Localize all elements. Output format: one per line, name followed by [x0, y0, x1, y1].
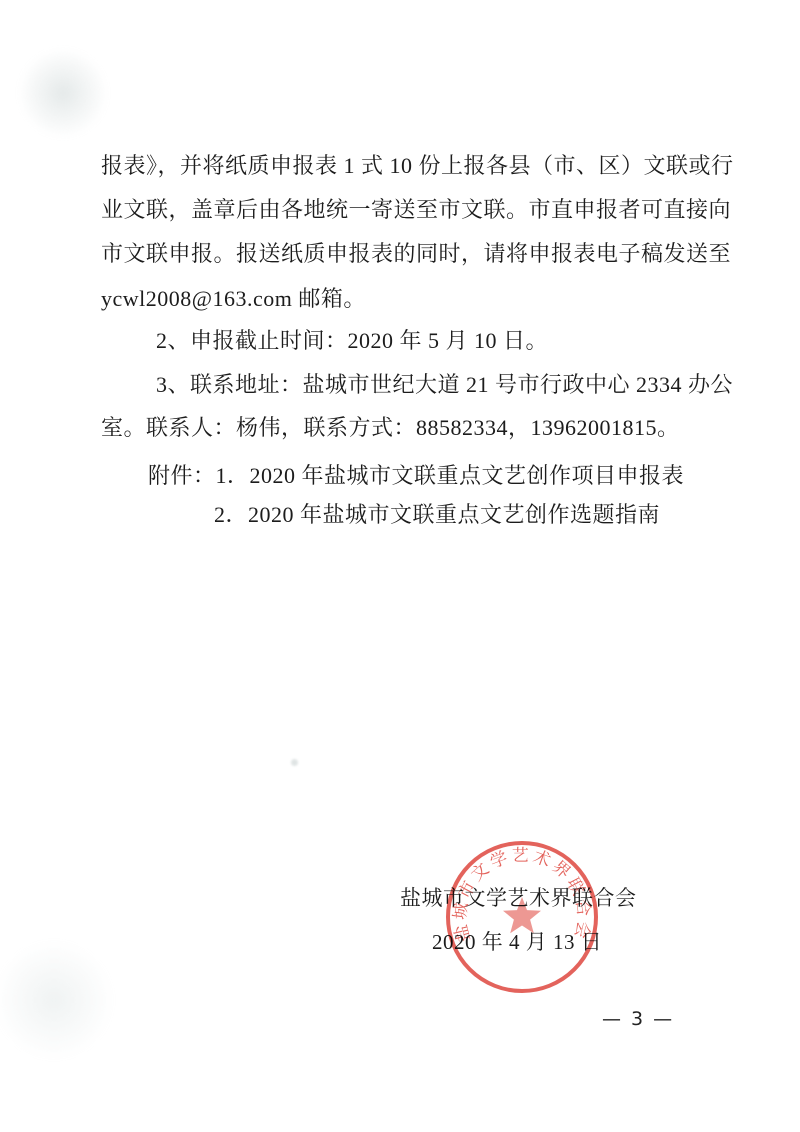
scan-smudge-top-left [5, 35, 120, 150]
body-line-3: 市文联申报。报送纸质申报表的同时，请将申报表电子稿发送至 [101, 240, 731, 268]
body-line-1: 报表》，并将纸质申报表 1 式 10 份上报各县（市、区）文联或行 [101, 152, 734, 180]
body-line-deadline: 2、申报截止时间：2020 年 5 月 10 日。 [156, 327, 548, 355]
body-line-email: ycwl2008@163.com 邮箱。 [101, 285, 366, 313]
scan-smudge-bottom-left [0, 940, 114, 1060]
page-number: — 3 — [602, 1008, 674, 1030]
seal-star-icon [503, 897, 541, 933]
body-line-2: 业文联，盖章后由各地统一寄送至市文联。市直申报者可直接向 [101, 196, 731, 224]
attachment-line-1: 附件：1．2020 年盐城市文联重点文艺创作项目申报表 [148, 462, 684, 490]
document-page: 报表》，并将纸质申报表 1 式 10 份上报各县（市、区）文联或行 业文联，盖章… [0, 0, 800, 1132]
body-line-contact: 室。联系人：杨伟，联系方式：88582334，13962001815。 [101, 414, 680, 442]
body-line-address: 3、联系地址：盐城市世纪大道 21 号市行政中心 2334 办公 [156, 371, 733, 399]
scan-speck [291, 759, 298, 766]
official-seal: 盐城市文学艺术界联合会 [442, 837, 602, 997]
attachment-line-2: 2．2020 年盐城市文联重点文艺创作选题指南 [214, 501, 660, 529]
